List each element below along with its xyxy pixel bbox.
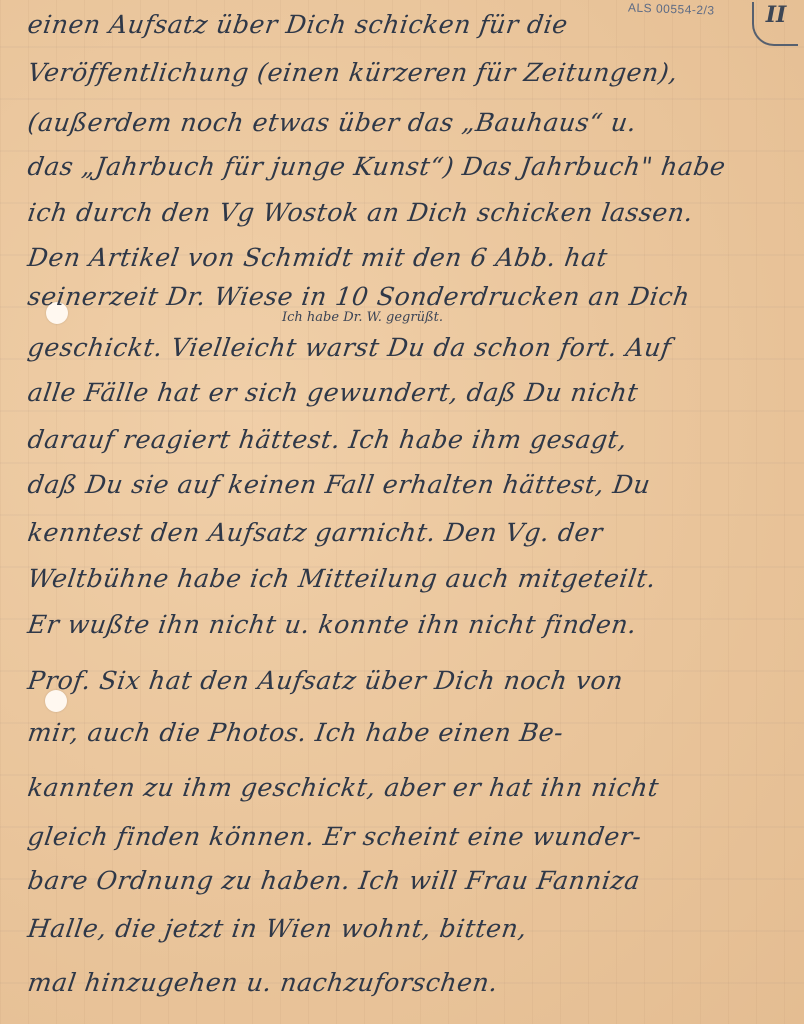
letter-line: Den Artikel von Schmidt mit den 6 Abb. h…: [26, 243, 610, 272]
letter-line: einen Aufsatz über Dich schicken für die: [26, 10, 570, 39]
letter-line: Er wußte ihn nicht u. konnte ihn nicht f…: [26, 610, 639, 639]
letter-line: Halle, die jetzt in Wien wohnt, bitten,: [26, 914, 529, 943]
letter-line: Weltbühne habe ich Mitteilung auch mitge…: [26, 564, 658, 593]
letter-line: darauf reagiert hättest. Ich habe ihm ge…: [26, 425, 629, 454]
archive-id-stamp: ALS 00554-2/3: [628, 0, 715, 17]
letter-line: kannten zu ihm geschickt, aber er hat ih…: [26, 773, 661, 802]
interlinear-note: Ich habe Dr. W. gegrüßt.: [282, 310, 443, 325]
letter-line: geschickt. Vielleicht warst Du da schon …: [26, 333, 673, 362]
letter-line: kenntest den Aufsatz garnicht. Den Vg. d…: [26, 518, 605, 547]
letter-line: mir, auch die Photos. Ich habe einen Be-: [26, 718, 565, 747]
letter-line: bare Ordnung zu haben. Ich will Frau Fan…: [26, 866, 642, 895]
letter-line: Veröffentlichung (einen kürzeren für Zei…: [26, 58, 680, 87]
letter-line: (außerdem noch etwas über das „Bauhaus“ …: [26, 108, 639, 137]
letter-line: seinerzeit Dr. Wiese in 10 Sonderdrucken…: [26, 282, 692, 311]
letter-line: gleich finden können. Er scheint eine wu…: [26, 822, 644, 851]
letter-line: alle Fälle hat er sich gewundert, daß Du…: [26, 378, 640, 407]
page-marker: II: [752, 2, 798, 46]
letter-line: daß Du sie auf keinen Fall erhalten hätt…: [26, 470, 653, 499]
letter-line: Prof. Six hat den Aufsatz über Dich noch…: [26, 666, 625, 695]
letter-line: ich durch den Vg Wostok an Dich schicken…: [26, 198, 695, 227]
letter-line: mal hinzugehen u. nachzuforschen.: [26, 968, 500, 997]
letter-line: das „Jahrbuch für junge Kunst“) Das Jahr…: [26, 152, 728, 181]
